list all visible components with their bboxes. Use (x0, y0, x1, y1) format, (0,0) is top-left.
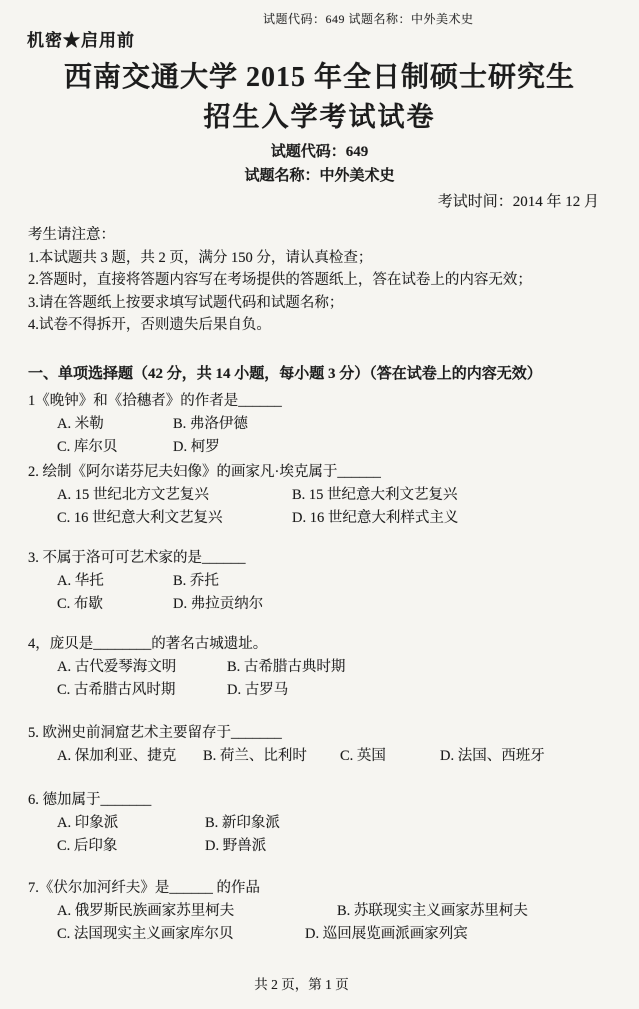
question-6-option-d: D. 野兽派 (205, 835, 266, 858)
exam-time: 考试时间：2014 年 12 月 (0, 192, 639, 212)
question-4-option-c: C. 古希腊古风时期 (57, 679, 227, 702)
doc-header-note: 试题代码：649 试题名称：中外美术史 (263, 10, 474, 27)
question-2-options-row-2: C. 16 世纪意大利文艺复兴 D. 16 世纪意大利样式主义 (28, 507, 629, 530)
question-6-options-row-1: A. 印象派 B. 新印象派 (28, 812, 629, 835)
question-3-option-b: B. 乔托 (173, 570, 219, 593)
question-7-option-c: C. 法国现实主义画家库尔贝 (57, 923, 305, 946)
question-6-option-b: B. 新印象派 (205, 812, 280, 835)
question-1-text: 1《晚钟》和《拾穗者》的作者是______ (28, 390, 629, 413)
question-1-option-b: B. 弗洛伊德 (173, 413, 248, 436)
question-3-option-a: A. 华托 (57, 570, 173, 593)
question-5-option-a: A. 保加利亚、捷克 (57, 745, 203, 768)
notice-item-4: 4.试卷不得拆开，否则遗失后果自负。 (28, 314, 619, 337)
question-6-option-c: C. 后印象 (57, 835, 205, 858)
question-2-option-a: A. 15 世纪北方文艺复兴 (57, 484, 292, 507)
question-5-option-b: B. 荷兰、比利时 (203, 745, 340, 768)
question-2-option-c: C. 16 世纪意大利文艺复兴 (57, 507, 292, 530)
question-1-options-row-2: C. 库尔贝 D. 柯罗 (28, 436, 629, 459)
question-3-options-row-1: A. 华托 B. 乔托 (28, 570, 629, 593)
question-4-option-a: A. 古代爱琴海文明 (57, 656, 227, 679)
question-6: 6. 德加属于_______ A. 印象派 B. 新印象派 C. 后印象 D. … (28, 789, 629, 858)
subject-name: 试题名称：中外美术史 (0, 166, 639, 186)
question-5-option-d: D. 法国、西班牙 (440, 745, 545, 768)
question-1: 1《晚钟》和《拾穗者》的作者是______ A. 米勒 B. 弗洛伊德 C. 库… (28, 390, 629, 459)
question-3-options-row-2: C. 布歇 D. 弗拉贡纳尔 (28, 593, 629, 616)
notice-item-2: 2.答题时，直接将答题内容写在考场提供的答题纸上，答在试卷上的内容无效； (28, 269, 619, 292)
question-1-option-d: D. 柯罗 (173, 436, 220, 459)
question-7-options-row-2: C. 法国现实主义画家库尔贝 D. 巡回展览画派画家列宾 (28, 923, 629, 946)
question-6-option-a: A. 印象派 (57, 812, 205, 835)
question-3-option-c: C. 布歇 (57, 593, 173, 616)
subject-code: 试题代码：649 (0, 142, 639, 162)
notices-title: 考生请注意： (28, 224, 619, 247)
question-2-options-row-1: A. 15 世纪北方文艺复兴 B. 15 世纪意大利文艺复兴 (28, 484, 629, 507)
notice-item-3: 3.请在答题纸上按要求填写试题代码和试题名称； (28, 292, 619, 315)
question-7-option-b: B. 苏联现实主义画家苏里柯夫 (337, 900, 528, 923)
question-6-options-row-2: C. 后印象 D. 野兽派 (28, 835, 629, 858)
question-6-text: 6. 德加属于_______ (28, 789, 629, 812)
question-7-text: 7.《伏尔加河纤夫》是______ 的作品 (28, 877, 629, 900)
security-classification: 机密★启用前 (27, 26, 135, 51)
question-7-option-a: A. 俄罗斯民族画家苏里柯夫 (57, 900, 337, 923)
question-list: 1《晚钟》和《拾穗者》的作者是______ A. 米勒 B. 弗洛伊德 C. 库… (28, 390, 629, 946)
question-2-option-b: B. 15 世纪意大利文艺复兴 (292, 484, 458, 507)
question-7-option-d: D. 巡回展览画派画家列宾 (305, 923, 468, 946)
question-4-option-b: B. 古希腊古典时期 (227, 656, 345, 679)
question-5: 5. 欧洲史前洞窟艺术主要留存于_______ A. 保加利亚、捷克 B. 荷兰… (28, 722, 629, 768)
exam-paper-page: 试题代码：649 试题名称：中外美术史 机密★启用前 西南交通大学 2015 年… (0, 0, 639, 1009)
page-title-line2: 招生入学考试试卷 (0, 100, 639, 134)
question-1-option-a: A. 米勒 (57, 413, 173, 436)
section-heading: 一、单项选择题（42 分，共 14 小题，每小题 3 分）（答在试卷上的内容无效… (28, 363, 629, 386)
question-7-options-row-1: A. 俄罗斯民族画家苏里柯夫 B. 苏联现实主义画家苏里柯夫 (28, 900, 629, 923)
question-3-text: 3. 不属于洛可可艺术家的是______ (28, 547, 629, 570)
question-2: 2. 绘制《阿尔诺芬尼夫妇像》的画家凡·埃克属于______ A. 15 世纪北… (28, 461, 629, 530)
question-5-options-row-1: A. 保加利亚、捷克 B. 荷兰、比利时 C. 英国 D. 法国、西班牙 (28, 745, 629, 768)
question-4-option-d: D. 古罗马 (227, 679, 288, 702)
question-4-text: 4，庞贝是________的著名古城遗址。 (28, 633, 629, 656)
question-2-text: 2. 绘制《阿尔诺芬尼夫妇像》的画家凡·埃克属于______ (28, 461, 629, 484)
question-5-text: 5. 欧洲史前洞窟艺术主要留存于_______ (28, 722, 629, 745)
question-4-options-row-2: C. 古希腊古风时期 D. 古罗马 (28, 679, 629, 702)
question-1-option-c: C. 库尔贝 (57, 436, 173, 459)
candidate-notices: 考生请注意： 1.本试题共 3 题，共 2 页，满分 150 分，请认真检查； … (28, 224, 619, 337)
question-4: 4，庞贝是________的著名古城遗址。 A. 古代爱琴海文明 B. 古希腊古… (28, 633, 629, 702)
question-5-option-c: C. 英国 (340, 745, 440, 768)
question-3-option-d: D. 弗拉贡纳尔 (173, 593, 263, 616)
notice-item-1: 1.本试题共 3 题，共 2 页，满分 150 分，请认真检查； (28, 247, 619, 270)
question-4-options-row-1: A. 古代爱琴海文明 B. 古希腊古典时期 (28, 656, 629, 679)
page-footer: 共 2 页，第 1 页 (0, 973, 621, 993)
question-1-options-row-1: A. 米勒 B. 弗洛伊德 (28, 413, 629, 436)
question-2-option-d: D. 16 世纪意大利样式主义 (292, 507, 458, 530)
page-title-line1: 西南交通大学 2015 年全日制硕士研究生 (0, 60, 639, 96)
question-3: 3. 不属于洛可可艺术家的是______ A. 华托 B. 乔托 C. 布歇 D… (28, 547, 629, 616)
question-7: 7.《伏尔加河纤夫》是______ 的作品 A. 俄罗斯民族画家苏里柯夫 B. … (28, 877, 629, 946)
